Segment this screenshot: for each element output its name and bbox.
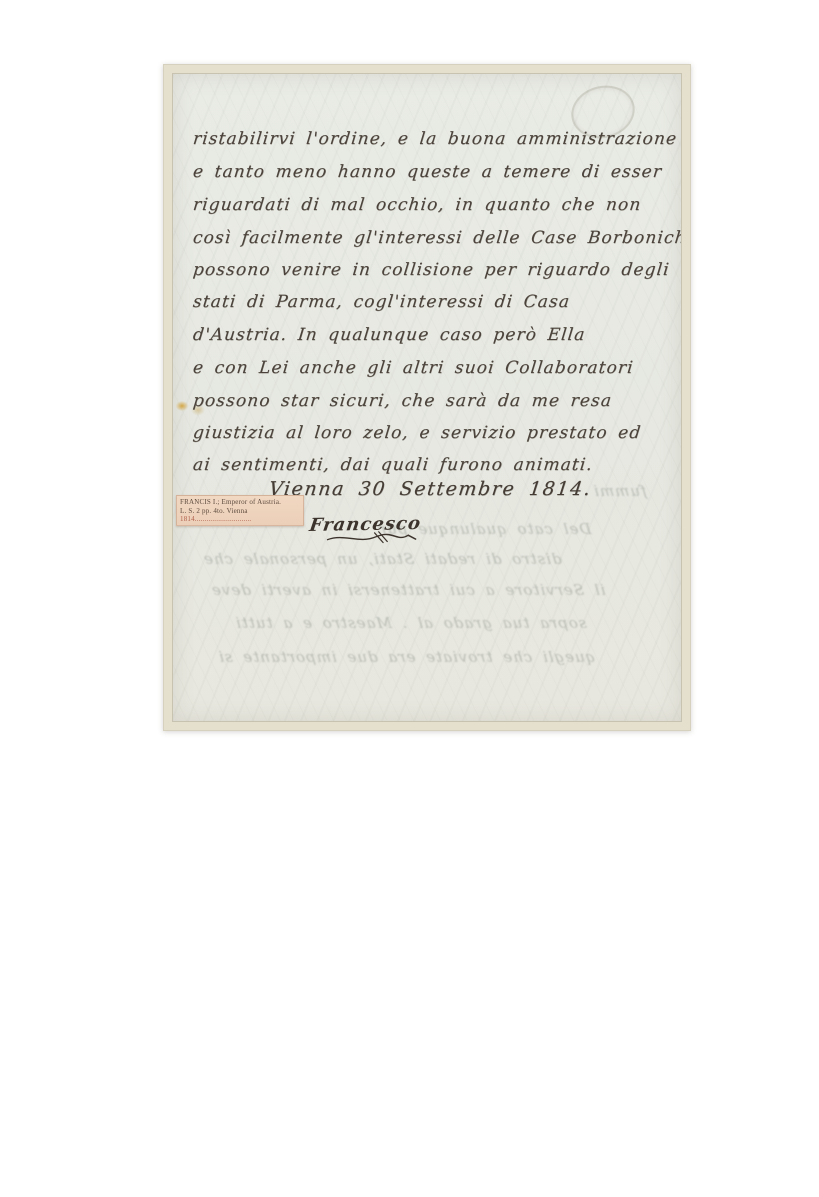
manuscript-line: ristabilirvi l'ordine, e la buona ammini…: [192, 129, 678, 149]
bleedthrough-line: distro di redati Stati, un personale che: [202, 550, 562, 568]
manuscript-line: giustizia al loro zelo, e servizio prest…: [192, 423, 642, 443]
manuscript-line: riguardati di mal occhio, in quanto che …: [192, 195, 643, 215]
catalog-label-line: L. S. 2 pp. 4to. Vienna: [180, 507, 300, 516]
manuscript-line: d'Austria. In qualunque caso però Ella: [192, 325, 587, 345]
catalog-label-line: FRANCIS I.; Emperor of Austria.: [180, 498, 300, 507]
manuscript-line: possono venire in collisione per riguard…: [192, 260, 671, 280]
manuscript-line: stati di Parma, cogl'interessi di Casa: [192, 292, 571, 312]
manuscript-line: e con Lei anche gli altri suoi Collabora…: [192, 358, 635, 378]
bleedthrough-line: fummi: [592, 482, 647, 500]
signature-text: Francesco: [308, 513, 422, 536]
manuscript-line: possono star sicuri, che sarà da me resa: [192, 391, 613, 411]
manuscript-line: ai sentimenti, dai quali furono animati.: [192, 455, 594, 475]
catalog-label-line: 1814.............................: [180, 515, 300, 524]
signature: Francesco: [307, 513, 423, 546]
manuscript-line: così facilmente gl'interessi delle Case …: [192, 228, 682, 248]
bleedthrough-line: sopra tua grado al . Maestro e a tutti: [234, 614, 587, 632]
bleedthrough-line: il Servitore a cui trattenersi in averti…: [210, 581, 606, 599]
bleedthrough-line: quegli che troviate era due importante s…: [217, 648, 596, 666]
manuscript-paper: fummi Del cato qualunque pur distro di r…: [172, 73, 682, 722]
page-background: { "manuscript": { "lines": [ "ristabilir…: [0, 0, 819, 1197]
manuscript-dateline: Vienna 30 Settembre 1814.: [268, 478, 593, 500]
document-scan: fummi Del cato qualunque pur distro di r…: [163, 64, 691, 731]
manuscript-line: e tanto meno hanno queste a temere di es…: [192, 162, 663, 182]
catalog-label: FRANCIS I.; Emperor of Austria. L. S. 2 …: [176, 495, 304, 526]
